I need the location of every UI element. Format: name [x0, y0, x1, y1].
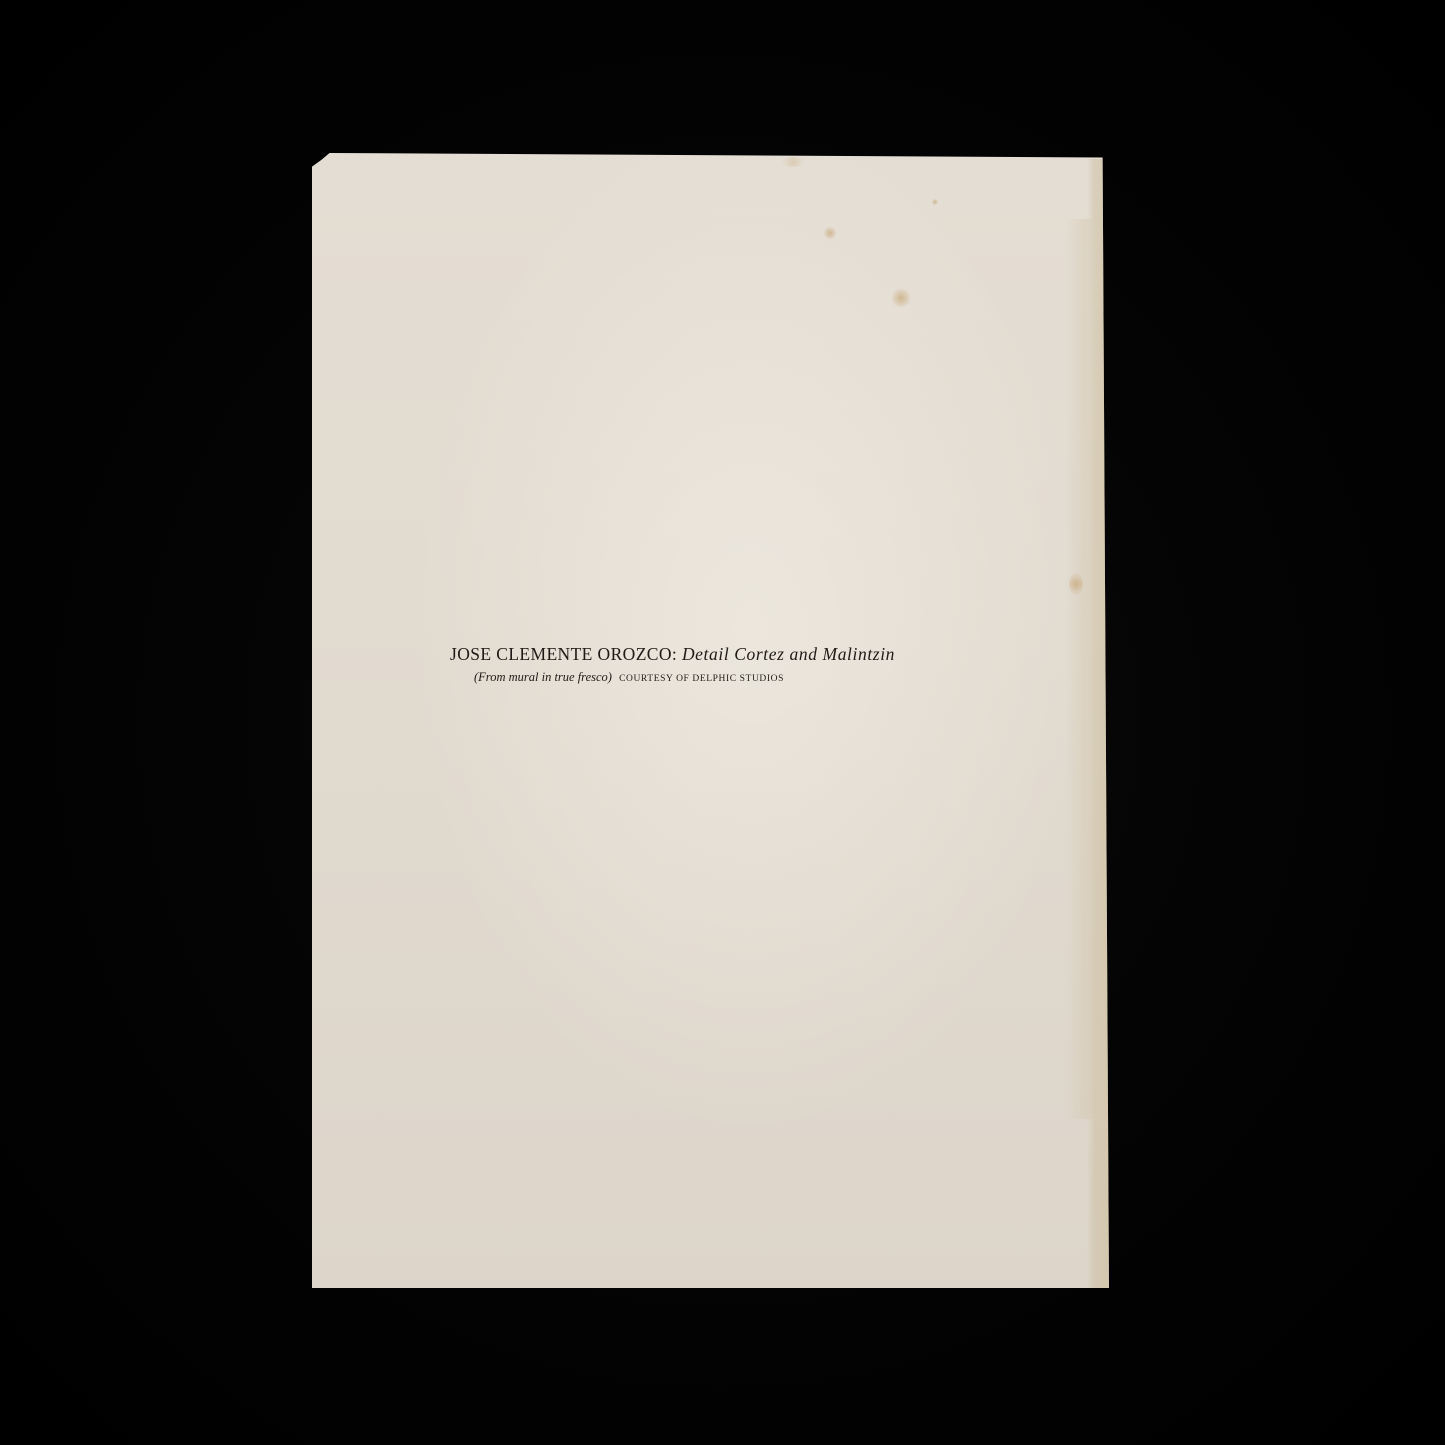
artist-name: JOSE CLEMENTE OROZCO:	[450, 644, 677, 664]
caption-heading: JOSE CLEMENTE OROZCO: Detail Cortez and …	[450, 643, 895, 665]
image-credit: COURTESY OF DELPHIC STUDIOS	[619, 674, 784, 684]
aged-spine-edge	[1087, 159, 1109, 1288]
paper-page: JOSE CLEMENTE OROZCO: Detail Cortez and …	[312, 153, 1109, 1288]
foxing-stain	[782, 157, 804, 167]
foxing-stain	[824, 227, 836, 239]
foxing-stain	[932, 199, 938, 205]
foxing-stain	[892, 289, 910, 307]
artwork-title: Detail Cortez and Malintzin	[682, 644, 895, 664]
foxing-stain	[1069, 573, 1083, 595]
artwork-medium: (From mural in true fresco)	[474, 670, 612, 684]
caption-subline: (From mural in true fresco) COURTESY OF …	[450, 669, 895, 687]
plate-caption: JOSE CLEMENTE OROZCO: Detail Cortez and …	[450, 643, 895, 687]
black-background: JOSE CLEMENTE OROZCO: Detail Cortez and …	[0, 0, 1445, 1445]
